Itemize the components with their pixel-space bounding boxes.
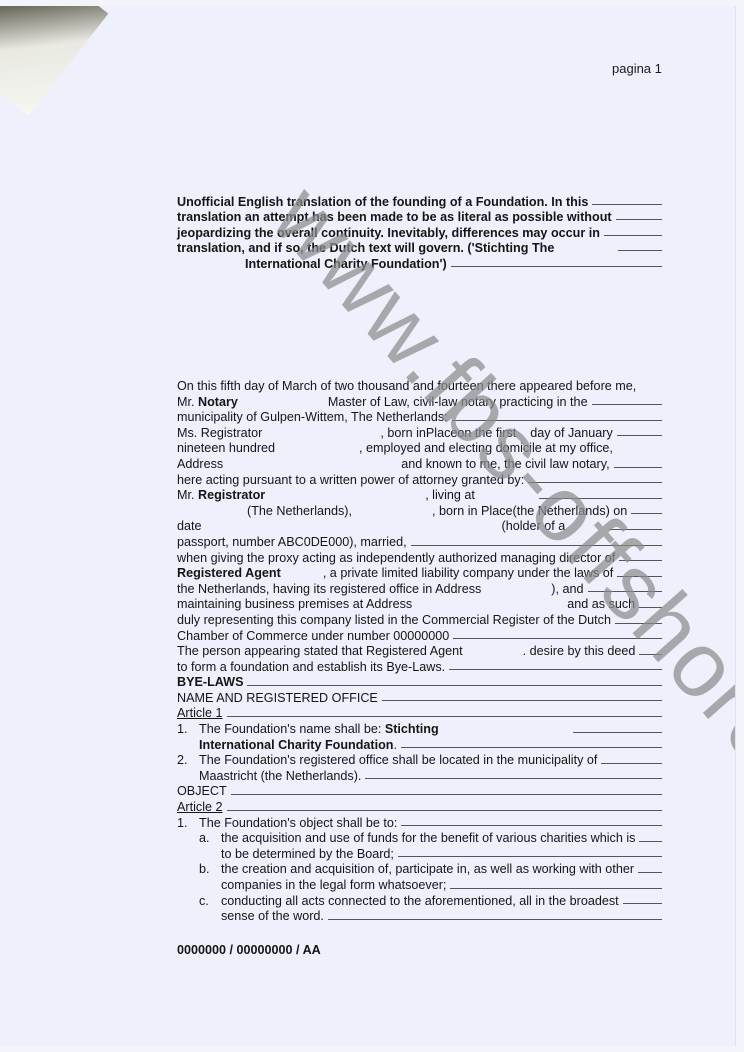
- registrator-name: Registrator: [198, 488, 265, 504]
- deed-line: date(holder of a: [177, 519, 662, 535]
- intro-line: jeopardizing the overall continuity. Ine…: [177, 225, 662, 241]
- intro-line: Unofficial English translation of the fo…: [177, 194, 662, 210]
- intro-line: International Charity Foundation'): [177, 256, 662, 272]
- deed-line: The person appearing stated that Registe…: [177, 644, 662, 660]
- deed-line: municipality of Gulpen-Wittem, The Nethe…: [177, 410, 662, 426]
- deed-line: the Netherlands, having its registered o…: [177, 582, 662, 598]
- deed-line: duly representing this company listed in…: [177, 613, 662, 629]
- deed-line: Addressand known to me, the civil law no…: [177, 457, 662, 473]
- document-page: pagina 1 Unofficial English translation …: [0, 6, 736, 1046]
- deed-line: maintaining business premises at Address…: [177, 597, 662, 613]
- object-subitem: c.conducting all acts connected to the a…: [177, 894, 662, 910]
- deed-line: nineteen hundred, employed and electing …: [177, 441, 662, 457]
- registered-agent-name: Registered Agent: [177, 566, 281, 582]
- notary-name: Notary: [198, 395, 238, 411]
- deed-line: Mr. NotaryMaster of Law, civil-law notar…: [177, 395, 662, 411]
- intro-line: translation, and if so, the Dutch text w…: [177, 241, 662, 257]
- section-heading: NAME AND REGISTERED OFFICE: [177, 691, 662, 707]
- deed-line: (The Netherlands),, born in Place(the Ne…: [177, 504, 662, 520]
- intro-line: translation an attempt has been made to …: [177, 210, 662, 226]
- object-subitem-cont: companies in the legal form whatsoever;: [177, 878, 662, 894]
- deed-line: to form a foundation and establish its B…: [177, 660, 662, 676]
- article-item: 1.The Foundation's object shall be to:: [177, 816, 662, 832]
- page-corner-fold: [0, 6, 108, 116]
- article-item-cont: International Charity Foundation.: [177, 738, 662, 754]
- article-item: 2.The Foundation's registered office sha…: [177, 753, 662, 769]
- deed-line: when giving the proxy acting as independ…: [177, 551, 662, 567]
- object-subitem: b.the creation and acquisition of, parti…: [177, 862, 662, 878]
- byelaws-heading: BYE-LAWS: [177, 675, 662, 691]
- deed-line: here acting pursuant to a written power …: [177, 473, 662, 489]
- translation-disclaimer: Unofficial English translation of the fo…: [177, 194, 662, 272]
- deed-line: Mr. Registrator, living at: [177, 488, 662, 504]
- article-heading: Article 1: [177, 706, 662, 722]
- foundation-name: International Charity Foundation: [199, 738, 394, 754]
- deed-line: Chamber of Commerce under number 0000000…: [177, 629, 662, 645]
- page-number: pagina 1: [612, 61, 662, 76]
- article-heading: Article 2: [177, 800, 662, 816]
- object-subitem: a.the acquisition and use of funds for t…: [177, 831, 662, 847]
- deed-line: On this fifth day of March of two thousa…: [177, 379, 662, 395]
- article-item-cont: Maastricht (the Netherlands).: [177, 769, 662, 785]
- object-subitem-cont: sense of the word.: [177, 909, 662, 925]
- deed-line: Registered Agent, a private limited liab…: [177, 566, 662, 582]
- article-item: 1.The Foundation's name shall be: Sticht…: [177, 722, 662, 738]
- deed-line: Ms. Registrator, born inPlaceon the firs…: [177, 426, 662, 442]
- document-reference: 0000000 / 00000000 / AA: [177, 943, 321, 957]
- deed-body: On this fifth day of March of two thousa…: [177, 379, 662, 925]
- object-subitem-cont: to be determined by the Board;: [177, 847, 662, 863]
- section-heading: OBJECT: [177, 784, 662, 800]
- deed-line: passport, number ABC0DE000), married,: [177, 535, 662, 551]
